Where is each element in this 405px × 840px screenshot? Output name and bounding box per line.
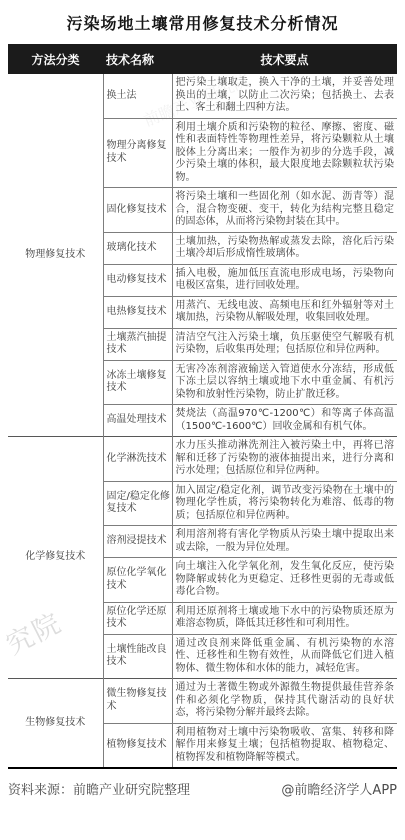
footer: 资料来源：前瞻产业研究院整理 @前瞻经济学人APP <box>8 779 397 798</box>
category-cell-physical: 物理修复技术 <box>8 74 103 437</box>
technique-detail-cell: 插入电极，施加低压直流电形成电场，污染物向电极区富集，进行回收处理。 <box>172 264 397 296</box>
technique-name-cell: 原位化学还原技术 <box>103 602 172 634</box>
technique-name-cell: 电热修复技术 <box>103 296 172 328</box>
analysis-table: 方法分类 技术名称 技术要点 物理修复技术 换土法 把污染土壤取走，换入干净的土… <box>8 44 397 769</box>
technique-detail-cell: 焚烧法（高温970℃-1200℃）和等离子体高温（1500℃-1600℃）回收金… <box>172 405 397 437</box>
header-method-category: 方法分类 <box>8 44 103 74</box>
technique-detail-cell: 向土壤注入化学氧化剂，发生氧化反应，使污染物降解或转化为更稳定、迁移性更弱的无毒… <box>172 558 397 603</box>
technique-name-cell: 物理分离修复技术 <box>103 118 172 188</box>
technique-name-cell: 植物修复技术 <box>103 723 172 768</box>
footer-brand: @前瞻经济学人APP <box>281 779 397 798</box>
header-technique-points: 技术要点 <box>172 44 397 74</box>
technique-name-cell: 固定/稳定化修复技术 <box>103 481 172 526</box>
technique-name-cell: 溶剂浸提技术 <box>103 526 172 558</box>
technique-detail-cell: 用蒸汽、无线电波、高频电压和红外辐射等对土壤加热，污染物从解吸处理，收集回收处理… <box>172 296 397 328</box>
technique-detail-cell: 土壤加热，污染物热解或蒸发去除，溶化后污染土壤冷却后形成惰性玻璃体。 <box>172 232 397 264</box>
technique-detail-cell: 把污染土壤取走，换入干净的土壤，并妥善处理换出的土壤，以防止二次污染；包括换土、… <box>172 74 397 118</box>
technique-name-cell: 玻璃化技术 <box>103 232 172 264</box>
table-row: 化学修复技术 化学淋洗技术 水力压头推动淋洗剂注入被污染土中，再将已溶解和迁移了… <box>8 437 397 482</box>
technique-name-cell: 电动修复技术 <box>103 264 172 296</box>
technique-detail-cell: 利用还原剂将土壤或地下水中的污染物质还原为难溶态物质，降低其迁移性和可利用性。 <box>172 602 397 634</box>
table-header-row: 方法分类 技术名称 技术要点 <box>8 44 397 74</box>
technique-detail-cell: 水力压头推动淋洗剂注入被污染土中，再将已溶解和迁移了污染物的液体抽提出来，进行分… <box>172 437 397 482</box>
technique-name-cell: 化学淋洗技术 <box>103 437 172 482</box>
page-title: 污染场地土壤常用修复技术分析情况 <box>0 0 405 44</box>
table-row: 物理修复技术 换土法 把污染土壤取走，换入干净的土壤，并妥善处理换出的土壤，以防… <box>8 74 397 118</box>
technique-detail-cell: 通过改良剂来降低重金属、有机污染物的水溶性、迁移性和生物有效性，从而降低它们进入… <box>172 634 397 679</box>
technique-name-cell: 土壤性能改良技术 <box>103 634 172 679</box>
technique-name-cell: 换土法 <box>103 74 172 118</box>
footer-source: 资料来源：前瞻产业研究院整理 <box>8 779 190 798</box>
technique-detail-cell: 清洁空气注入污染土壤，负压驱使空气解吸有机污染物，后收集再处理；包括原位和异位两… <box>172 328 397 360</box>
technique-name-cell: 土壤蒸汽抽提技术 <box>103 328 172 360</box>
technique-detail-cell: 通过为土著微生物或外源微生物提供最佳营养条件和必须化学物质，保持其代谢活动的良好… <box>172 679 397 724</box>
table-row: 生物修复技术 微生物修复技术 通过为土著微生物或外源微生物提供最佳营养条件和必须… <box>8 679 397 724</box>
technique-detail-cell: 利用土壤介质和污染物的粒径、摩擦、密度、磁性和表面特性等物理性差异，将污染颗粒从… <box>172 118 397 188</box>
technique-detail-cell: 利用溶剂将有害化学物质从污染土壤中提取出来或去除，一般为异位处理。 <box>172 526 397 558</box>
category-cell-chemical: 化学修复技术 <box>8 437 103 679</box>
technique-name-cell: 微生物修复技术 <box>103 679 172 724</box>
technique-name-cell: 原位化学氧化技术 <box>103 558 172 603</box>
technique-detail-cell: 利用植物对土壤中污染物吸收、富集、转移和降解作用来修复土壤；包括植物提取、植物稳… <box>172 723 397 768</box>
technique-detail-cell: 加入固定/稳定化剂，调节改变污染物在土壤中的物理化学性质，将污染物转化为难溶、低… <box>172 481 397 526</box>
category-cell-biological: 生物修复技术 <box>8 679 103 769</box>
technique-name-cell: 高温处理技术 <box>103 405 172 437</box>
technique-detail-cell: 无害冷冻剂溶液输送入管道使水分冻结，形成低下冻土层以容纳土壤或地下水中重金属、有… <box>172 360 397 405</box>
technique-detail-cell: 将污染土壤和一些固化剂（如水泥、沥青等）混合，混合物变硬、变干，转化为结构完整且… <box>172 188 397 233</box>
technique-name-cell: 固化修复技术 <box>103 188 172 233</box>
technique-name-cell: 冰冻土壤修复技术 <box>103 360 172 405</box>
header-technique-name: 技术名称 <box>103 44 172 74</box>
